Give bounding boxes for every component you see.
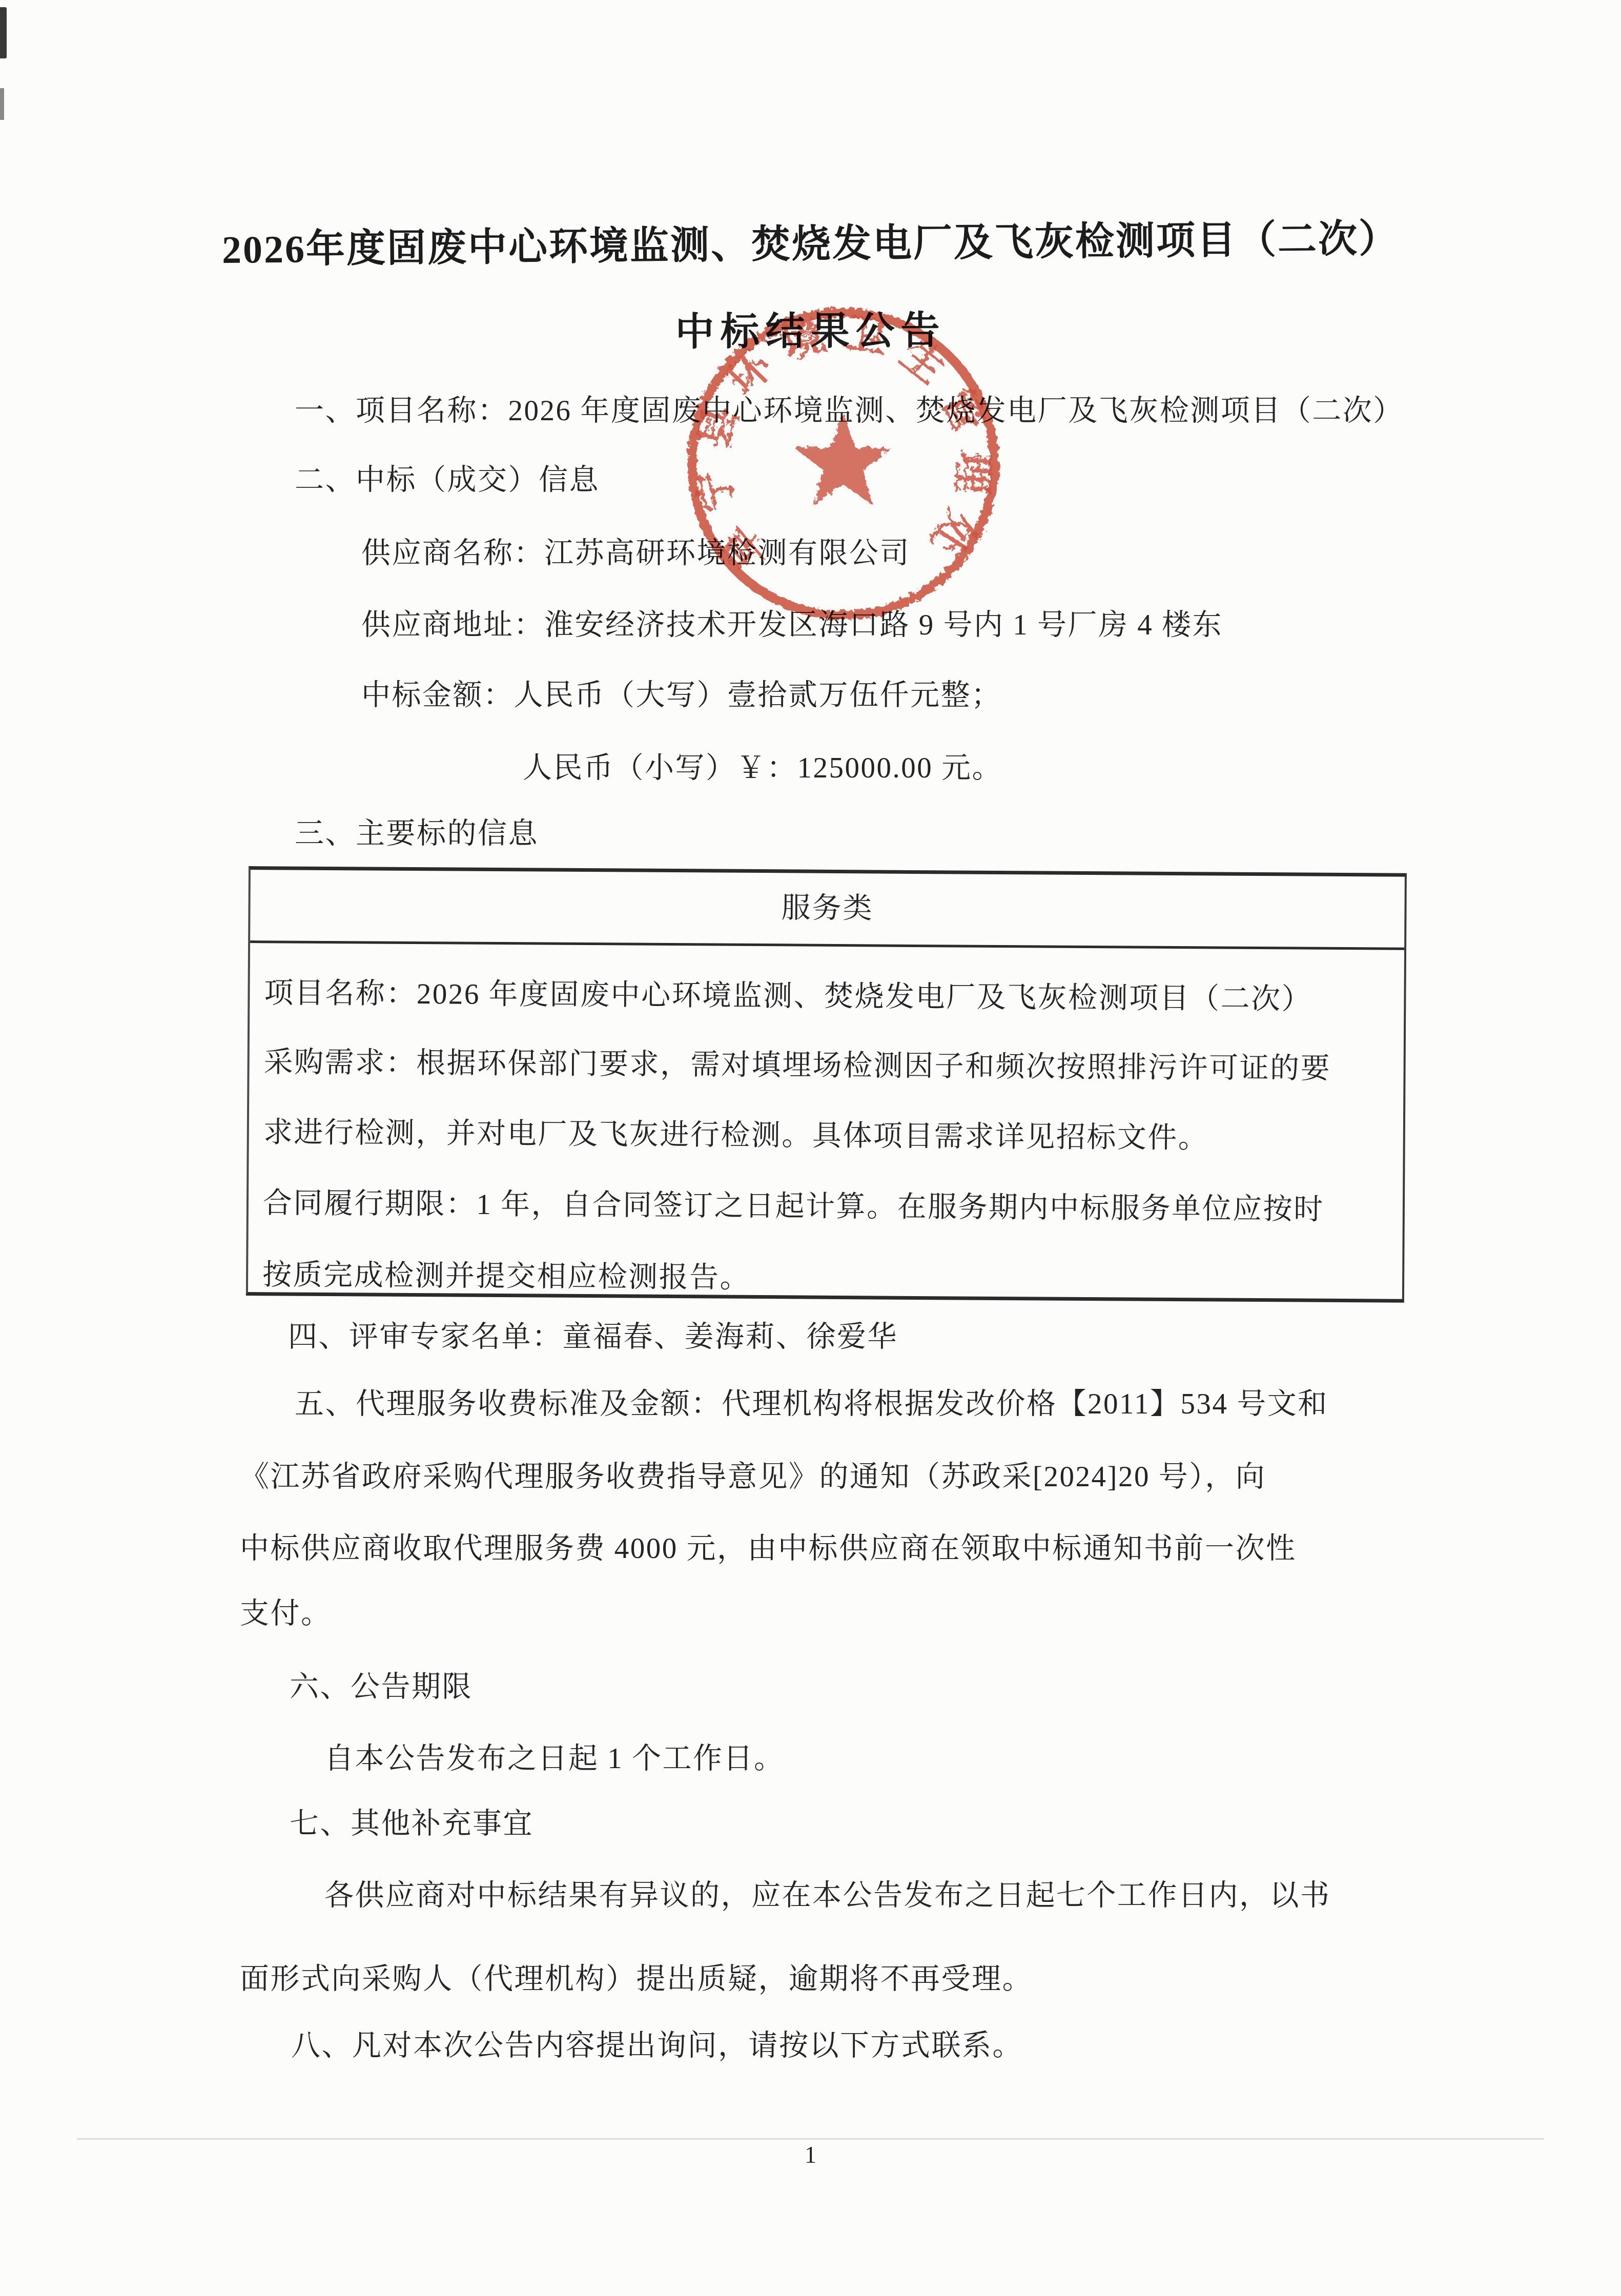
table-line-contract-term-2: 按质完成检测并提交相应检测报告。: [262, 1251, 1392, 1300]
table-line-project-name: 项目名称：2026 年度固废中心环境监测、焚烧发电厂及飞灰检测项目（二次）: [264, 969, 1393, 1018]
table-line-procurement-req-1: 采购需求：根据环保部门要求，需对填埋场检测因子和频次按照排污许可证的要: [263, 1038, 1393, 1087]
svg-text:理: 理: [948, 450, 997, 496]
section-4-experts-line: 四、评审专家名单：童福春、姜海莉、徐爱华: [288, 1320, 898, 1354]
supplier-address-line: 供应商地址：淮安经济技术开发区海口路 9 号内 1 号厂房 4 楼东: [361, 608, 1223, 642]
document-page: 2026年度固废中心环境监测、焚烧发电厂及飞灰检测项目（二次） 中标结果公告 一…: [0, 0, 1621, 2296]
section-8-contact-line: 八、凡对本次公告内容提出询问，请按以下方式联系。: [291, 2028, 1023, 2063]
svg-text:处: 处: [922, 502, 984, 563]
award-amount-words-line: 中标金额：人民币（大写）壹拾贰万伍仟元整；: [361, 678, 1002, 712]
footer-divider: [77, 2138, 1544, 2140]
subject-info-table: 服务类 项目名称：2026 年度固废中心环境监测、焚烧发电厂及飞灰检测项目（二次…: [246, 866, 1407, 1303]
award-amount-figures-line: 人民币（小写）￥：125000.00 元。: [523, 751, 1002, 785]
section-1-project-name: 一、项目名称：2026 年度固废中心环境监测、焚烧发电厂及飞灰检测项目（二次）: [295, 394, 1404, 428]
announcement-period-line: 自本公告发布之日起 1 个工作日。: [324, 1741, 785, 1776]
section-5-fee-line-3: 中标供应商收取代理服务费 4000 元，由中标供应商在领取中标通知书前一次性: [240, 1531, 1297, 1566]
table-line-procurement-req-2: 求进行检测，并对电厂及飞灰进行检测。具体项目需求详见招标文件。: [263, 1109, 1393, 1157]
scan-artifact-top-left-2: [0, 88, 4, 120]
section-7-heading: 七、其他补充事宜: [290, 1807, 534, 1841]
objection-line-1: 各供应商对中标结果有异议的，应在本公告发布之日起七个工作日内，以书: [324, 1878, 1331, 1913]
objection-line-2: 面形式向采购人（代理机构）提出质疑，逾期将不再受理。: [240, 1962, 1033, 1996]
page-number: 1: [0, 2141, 1621, 2168]
document-title-line1: 2026年度固废中心环境监测、焚烧发电厂及飞灰检测项目（二次）: [0, 205, 1621, 276]
section-5-fee-line-1: 五、代理服务收费标准及金额：代理机构将根据发改价格【2011】534 号文和: [295, 1387, 1328, 1421]
section-5-fee-line-2: 《江苏省政府采购代理服务收费指导意见》的通知（苏政采[2024]20 号），向: [240, 1460, 1266, 1494]
section-3-heading: 三、主要标的信息: [295, 816, 539, 851]
scan-artifact-top-left-1: [0, 7, 7, 58]
section-2-award-info: 二、中标（成交）信息: [295, 463, 600, 497]
supplier-name-line: 供应商名称：江苏高研环境检测有限公司: [361, 536, 910, 570]
table-header-service-category: 服务类: [250, 870, 1405, 950]
section-5-fee-line-4: 支付。: [240, 1596, 332, 1631]
section-6-heading: 六、公告期限: [290, 1670, 473, 1704]
document-title-line2: 中标结果公告: [0, 296, 1621, 360]
svg-text:宁: 宁: [689, 465, 743, 516]
table-line-contract-term-1: 合同履行期限：1 年，自合同签订之日起计算。在服务期内中标服务单位应按时: [263, 1179, 1392, 1228]
